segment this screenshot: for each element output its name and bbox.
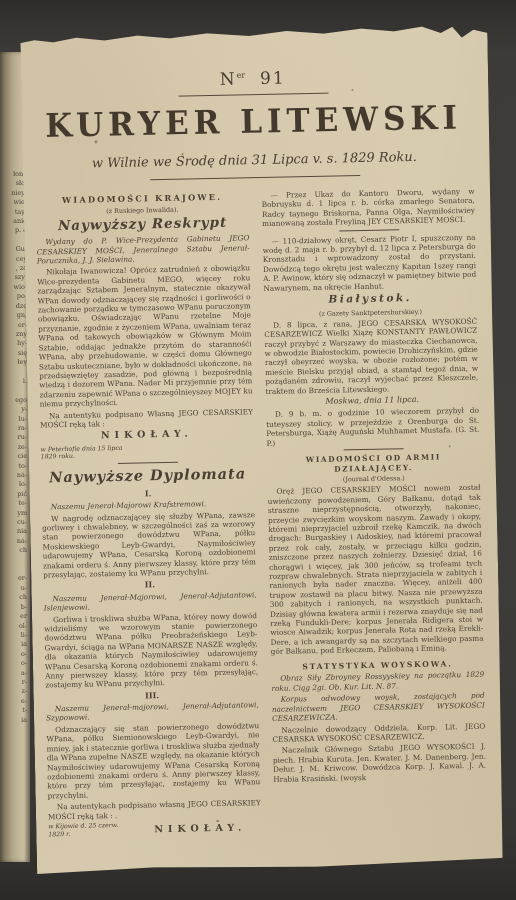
dyploma-body: Gorliwa i troskliwa służba WPana, którey… <box>44 611 258 691</box>
divider-rule <box>178 93 328 97</box>
reskrypt-body: Nikołaja Iwanowicza! Oprócz zatrudnień z… <box>37 264 253 409</box>
divider-rule <box>339 229 399 231</box>
dyploma-body: W nagrodę odznaczającey się służby WPana… <box>42 510 256 580</box>
bialystok-heading: Białystok. <box>264 291 477 309</box>
issue-number-sup: er <box>236 71 245 80</box>
statystyka-item: Naczelnie dowodzący Oddziela, Korp. Lit.… <box>272 721 485 744</box>
divider-rule <box>343 448 403 450</box>
signature-row: w Kijowie d. 25 czerw. 1829 r. NIKOŁAY. <box>48 819 261 839</box>
armii-heading: WIADOMOŚCI OD ARMII DZIAŁAJĄCEY. <box>267 452 480 475</box>
armii-body: Oręż JEGO CESARSKIEY MOŚCI nowem został … <box>267 483 483 657</box>
dateline: w Wilnie we Środę dnia 31 Lipca v. s. 18… <box>35 149 474 173</box>
statystyka-item: Naczelnik Głównego Sztabu JEGO WYSOKOŚCI… <box>273 742 487 784</box>
divider-rule <box>117 462 177 464</box>
signatures-place: w Kijowie d. 25 czerw. 1829 r. <box>48 822 133 839</box>
signature-intro: Na autentyku podpisano Własną JEGO CESAR… <box>40 407 253 430</box>
issue-number-prefix: N <box>220 69 237 89</box>
dyploma-addressee: Naszemu Jenerał-Majorowi, Jenerał-Adjuta… <box>44 590 257 613</box>
paper-speck <box>216 820 219 822</box>
facing-page-text-fragments: łono sła- niey- wie- tay- anio p. a Gu- … <box>1 170 27 725</box>
news-item: — Przez Ukaz do Kantoru Dworu, wydany w … <box>261 187 475 229</box>
news-item: — 110-działowy okręt, Cesarz Piotr I, sp… <box>262 232 476 293</box>
reskrypt-title: Naywyższy Reskrypt <box>36 214 249 236</box>
dyploma-body: Odznaczający się stan powierzonego dowód… <box>46 721 260 801</box>
issue-number: Ner 91 <box>33 65 472 94</box>
divider-rule <box>150 175 360 180</box>
signature-name: NIKOŁAY. <box>40 428 253 445</box>
text-columns: WIADOMOŚCI KRAJOWE. (z Ruskiego Inwalida… <box>36 187 488 839</box>
paper-speck <box>449 445 451 447</box>
masthead-title: KURYER LITEWSKI <box>34 99 474 146</box>
signatures-intro: Na autentykach podpisano własną JEGO CES… <box>48 798 261 821</box>
reskrypt-subtitle: Wydany do P. Wice-Prezydenta Gabinetu JE… <box>36 233 250 265</box>
left-column: WIADOMOŚCI KRAJOWE. (z Ruskiego Inwalida… <box>36 191 262 839</box>
dyplomata-title: Naywyższe Dyplomata <box>41 465 254 488</box>
signature-place: w Peterhofie dnia 15 lipca 1829 roku. <box>41 444 126 461</box>
issue-number-value: 91 <box>260 69 286 90</box>
statystyka-intro: Obraz Siły Zbroyney Rossyyskiey na począ… <box>271 670 484 693</box>
statystyka-item: Korpus odwodowy woysk, zostających pod n… <box>272 691 486 723</box>
paper-speck <box>351 89 353 91</box>
right-column: — Przez Ukaz do Kantoru Dworu, wydany w … <box>261 187 487 835</box>
moskwa-body: D. 9 b. m. o godzinie 10 wieczorem przyb… <box>266 406 480 448</box>
newspaper-page: Ner 91 KURYER LITEWSKI w Wilnie we Środę… <box>20 24 504 875</box>
signatures-name: NIKOŁAY. <box>139 822 261 837</box>
bialystok-body: D. 8 lipca, z rana, JEGO CESARSKA WYSOKO… <box>264 317 478 397</box>
dyploma-addressee: Naszemu Jenerał-majorowi, Jenerał-Adjuta… <box>46 700 259 723</box>
